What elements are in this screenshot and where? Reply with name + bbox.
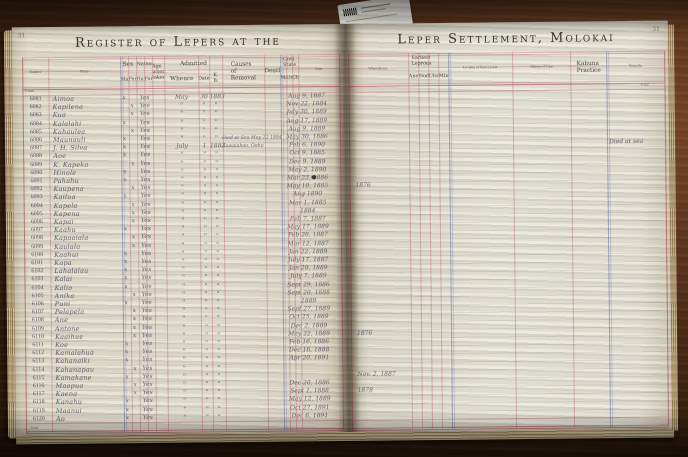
handwritten-entry: 1883 [210,93,223,101]
row-number: 6093 [24,193,50,201]
handwritten-entry: " [166,225,200,233]
row-number: 6107 [25,308,51,316]
handwritten-entry: " [168,413,202,421]
handwritten-entry: " [168,380,202,388]
handwritten-entry: " [165,159,199,167]
handwritten-entry: " [166,241,200,249]
handwritten-entry: " [212,364,225,372]
right-page: 31 Leper Settlement, Molokai Whereabouts… [344,21,672,432]
handwritten-entry: " [210,175,223,183]
handwritten-entry: " [166,257,200,265]
handwritten-entry: " [165,110,199,118]
row-number: 6092 [23,185,49,193]
row-number: 6114 [25,366,51,374]
handwritten-entry: " [201,364,212,372]
handwritten-entry: " [211,233,224,241]
handwritten-entry: " [212,356,225,364]
handwritten-entry: " [201,339,212,347]
row-number: 6100 [24,251,50,259]
handwritten-entry: " [202,389,213,397]
row-number: 6096 [24,218,50,226]
handwritten-entry: " [200,266,211,274]
handwritten-entry: " [200,216,211,224]
handwritten-entry: " [211,216,224,224]
handwritten-entry: " [167,372,201,380]
handwritten-entry: July [165,143,199,151]
handwritten-entry: " [167,348,201,356]
row-number: 6095 [24,210,50,218]
handwritten-entry: " [201,372,212,380]
handwritten-entry: " [213,413,226,421]
handwritten-entry: " [165,118,199,126]
col-header-mixed: Mixed [438,67,448,83]
row-number: 6116 [26,382,52,390]
handwritten-entry: 1876 [355,181,411,190]
row-number: 6106 [25,300,51,308]
handwritten-entry: Nov. 2, 1887 [357,370,413,379]
row-number: 6087 [23,144,49,152]
handwritten-entry: " [200,192,211,200]
handwritten-entry: " [167,364,201,372]
ledger-book: 31 Register of Lepers at the Number Name… [4,21,678,448]
handwritten-entry: " [199,159,210,167]
handwritten-entry: " [212,347,225,355]
register-rows-left: 6081AimoaxYesMay301883Aug 9, 18876082Kap… [13,92,348,424]
row-number: 6097 [24,226,50,234]
right-page-title: Leper Settlement, Molokai [344,30,668,48]
handwritten-entry: " [201,356,212,364]
handwritten-entry: " [167,356,201,364]
handwritten-entry: " [165,175,199,183]
handwritten-entry: " [166,249,200,257]
row-number: 6084 [23,120,49,128]
row-number: 6118 [26,398,52,406]
handwritten-entry: " [211,208,224,216]
handwritten-entry: " [213,397,226,405]
handwritten-entry: " [166,200,200,208]
row-number: 6111 [25,341,51,349]
handwritten-entry: " [200,241,211,249]
handwritten-entry: " [199,102,210,110]
handwritten-entry: " [212,331,225,339]
row-number: 6082 [23,103,49,111]
handwritten-entry: " [211,241,224,249]
handwritten-entry: " [200,257,211,265]
handwritten-entry: " [213,388,226,396]
row-number: 6109 [25,325,51,333]
handwritten-entry: " [165,126,199,134]
handwritten-entry: " [167,290,201,298]
row-number: 6091 [23,177,49,185]
row-number: 6110 [25,333,51,341]
handwritten-entry: " [166,282,200,290]
handwritten-entry: " [201,323,212,331]
row-number: 6104 [25,284,51,292]
handwritten-entry: " [211,200,224,208]
row-number: 6099 [24,243,50,251]
row-number: 6108 [25,316,51,324]
handwritten-entry: " [165,151,199,159]
handwritten-entry: " [213,405,226,413]
col-header-hawaiian: Hawaiian [136,70,144,86]
row-number: 6119 [26,407,52,415]
handwritten-entry: " [201,348,212,356]
handwritten-entry: 1878 [358,386,414,395]
handwritten-entry: " [201,298,212,306]
handwritten-entry: " [167,339,201,347]
handwritten-entry: " [168,397,202,405]
row-number: 6083 [23,111,49,119]
handwritten-entry: " [210,151,223,159]
col-header-female: Female [128,70,136,86]
handwritten-entry: " [201,307,212,315]
col-header-nodular: Nodular [418,67,428,83]
row-number: 6086 [23,136,49,144]
handwritten-entry: " [168,405,202,413]
handwritten-entry: " [165,184,199,192]
ink-blot [311,175,316,179]
handwritten-entry: " [166,274,200,282]
handwritten-entry: " [202,405,213,413]
handwritten-entry: " [199,110,210,118]
row-number: 6088 [23,152,49,160]
register-rows-right: Died at sea18761876Nov. 2, 18871878 [345,89,672,421]
handwritten-entry: " [210,118,223,126]
handwritten-entry: " [212,298,225,306]
handwritten-entry: " [211,249,224,257]
row-number: 6101 [24,259,50,267]
handwritten-entry: " [211,224,224,232]
barcode-icon [343,7,358,16]
handwritten-entry: " [201,290,212,298]
footer-total-left: Total [30,425,38,430]
handwritten-entry: " [168,389,202,397]
handwritten-entry: 30 [199,93,210,101]
left-page: 31 Register of Lepers at the Number Name… [12,24,348,435]
handwritten-entry: " [213,380,226,388]
handwritten-entry: " [210,110,223,118]
row-number: 6094 [24,202,50,210]
col-header-kb: K. B. [209,69,222,85]
handwritten-entry: " [212,323,225,331]
handwritten-entry: " [202,413,213,421]
handwritten-entry: " [200,225,211,233]
handwritten-entry: " [166,208,200,216]
handwritten-entry: 1876 [357,329,413,338]
handwritten-entry: " [200,208,211,216]
handwritten-entry: " [211,265,224,273]
handwritten-entry: " [202,380,213,388]
handwritten-entry: Kawaiahao, Oahu [222,143,256,150]
handwritten-entry: " [166,233,200,241]
handwritten-entry: " [200,282,211,290]
handwritten-entry: " [199,151,210,159]
col-header-anesthetic: Anesthetic [408,67,418,83]
handwritten-entry: " [211,274,224,282]
row-number: 6115 [25,374,51,382]
handwritten-entry: " [211,257,224,265]
handwritten-entry: " [211,192,224,200]
left-page-title: Register of Lepers at the [12,33,344,51]
handwritten-entry: " [166,192,200,200]
handwritten-entry: " [212,339,225,347]
handwritten-entry: " [167,323,201,331]
handwritten-entry: " [211,282,224,290]
handwritten-entry: " [210,101,223,109]
handwritten-entry: " [199,175,210,183]
handwritten-entry: " [200,274,211,282]
row-number: 6105 [25,292,51,300]
row-number: 6090 [23,169,49,177]
handwritten-entry: " [166,266,200,274]
handwritten-entry: " [212,290,225,298]
handwritten-entry: " [201,331,212,339]
handwritten-entry: Died at sea [609,138,665,147]
row-number: 6112 [25,349,51,357]
handwritten-entry: " [199,126,210,134]
handwritten-entry: " [200,249,211,257]
handwritten-entry: Died at Sea May 12 1884 [222,135,256,142]
col-header-ulcerated: Ulcerated [428,67,438,83]
handwritten-entry: " [199,184,210,192]
handwritten-entry: " [200,233,211,241]
handwritten-entry: " [167,298,201,306]
handwritten-entry: " [210,126,223,134]
photo-of-ledger: { "colors": { "wood": "#5a341d", "page":… [0,0,688,457]
handwritten-entry: 1 [199,143,210,151]
col-header-foreigner: Foreigner [144,70,152,86]
handwritten-entry: " [165,102,199,110]
handwritten-entry: " [210,183,223,191]
handwritten-entry: " [199,167,210,175]
handwritten-entry: " [201,315,212,323]
handwritten-entry: " [210,159,223,167]
handwritten-entry: " [167,331,201,339]
row-number: 6120 [26,415,52,423]
row-number: 6085 [23,128,49,136]
row-number: 6098 [24,234,50,242]
handwritten-entry: " [165,134,199,142]
handwritten-entry: " [202,397,213,405]
handwritten-entry: " [199,134,210,142]
handwritten-entry: " [165,167,199,175]
col-header-adm-date: Date [198,69,209,85]
row-number: 6103 [24,275,50,283]
handwritten-entry: " [199,118,210,126]
col-header-whence: Whence [164,69,198,85]
handwritten-entry: " [212,372,225,380]
handwritten-entry: " [212,315,225,323]
handwritten-entry: " [212,306,225,314]
handwritten-entry: " [167,307,201,315]
row-number: 6102 [24,267,50,275]
row-number: 6117 [26,390,52,398]
handwritten-entry: " [166,216,200,224]
handwritten-entry: " [210,167,223,175]
row-number: 6089 [23,161,49,169]
row-number: 6113 [25,357,51,365]
handwritten-entry: " [200,200,211,208]
handwritten-entry: " [167,315,201,323]
